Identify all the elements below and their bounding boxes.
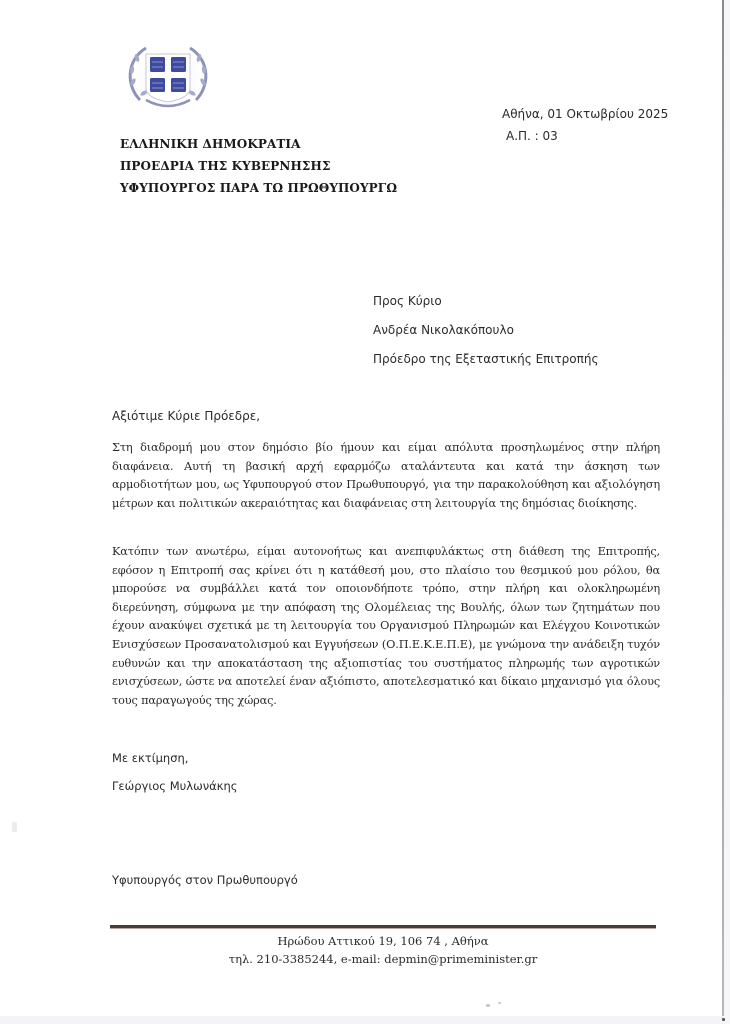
letter-salutation: Αξιότιμε Κύριε Πρόεδρε, xyxy=(112,407,260,425)
scan-speck xyxy=(498,1002,501,1004)
page-edge xyxy=(722,0,724,1024)
scan-speck xyxy=(486,1004,490,1007)
footer-divider xyxy=(110,925,656,928)
closing-phrase: Με εκτίμηση, xyxy=(112,749,188,767)
signer-title: Υφυπουργός στον Πρωθυπουργό xyxy=(112,871,298,889)
letterhead-line-presidency: ΠΡΟΕΔΡΙΑ ΤΗΣ ΚΥΒΕΡΝΗΣΗΣ xyxy=(120,155,397,177)
body-paragraph: Στη διαδρομή μου στον δημόσιο βίο ήμουν … xyxy=(112,439,660,513)
signer-name: Γεώργιος Μυλωνάκης xyxy=(112,777,238,795)
recipient-salutation: Προς Κύριο xyxy=(373,290,599,319)
footer-address: Ηρώδου Αττικού 19, 106 74 , Αθήνα xyxy=(110,932,656,950)
recipient-title: Πρόεδρο της Εξεταστικής Επιτροπής xyxy=(373,348,599,377)
recipient-name: Ανδρέα Νικολακόπουλο xyxy=(373,319,599,348)
letterhead: ΕΛΛΗΝΙΚΗ ΔΗΜΟΚΡΑΤΙΑ ΠΡΟΕΔΡΙΑ ΤΗΣ ΚΥΒΕΡΝΗ… xyxy=(120,133,397,199)
page-edge-shadow xyxy=(724,0,730,1024)
scan-speck xyxy=(722,1018,725,1021)
letter-date: Αθήνα, 01 Οκτωβρίου 2025 xyxy=(502,103,668,125)
letterhead-line-republic: ΕΛΛΗΝΙΚΗ ΔΗΜΟΚΡΑΤΙΑ xyxy=(120,133,397,155)
page-bottom-edge xyxy=(0,1016,724,1024)
letterhead-line-deputy-minister: ΥΦΥΠΟΥΡΓΟΣ ΠΑΡΑ ΤΩ ΠΡΩΘΥΠΟΥΡΓΩ xyxy=(120,177,397,199)
recipient-block: Προς Κύριο Ανδρέα Νικολακόπουλο Πρόεδρο … xyxy=(373,290,599,377)
greek-coat-of-arms-icon xyxy=(124,38,212,116)
scan-speck xyxy=(12,822,17,832)
body-paragraph: Κατόπιν των ανωτέρω, είμαι αυτονοήτως κα… xyxy=(112,543,660,710)
protocol-number: Α.Π. : 03 xyxy=(502,125,668,147)
footer-contact: τηλ. 210-3385244, e-mail: depmin@primemi… xyxy=(110,950,656,968)
footer: Ηρώδου Αττικού 19, 106 74 , Αθήνα τηλ. 2… xyxy=(110,932,656,968)
date-block: Αθήνα, 01 Οκτωβρίου 2025 Α.Π. : 03 xyxy=(502,103,668,147)
